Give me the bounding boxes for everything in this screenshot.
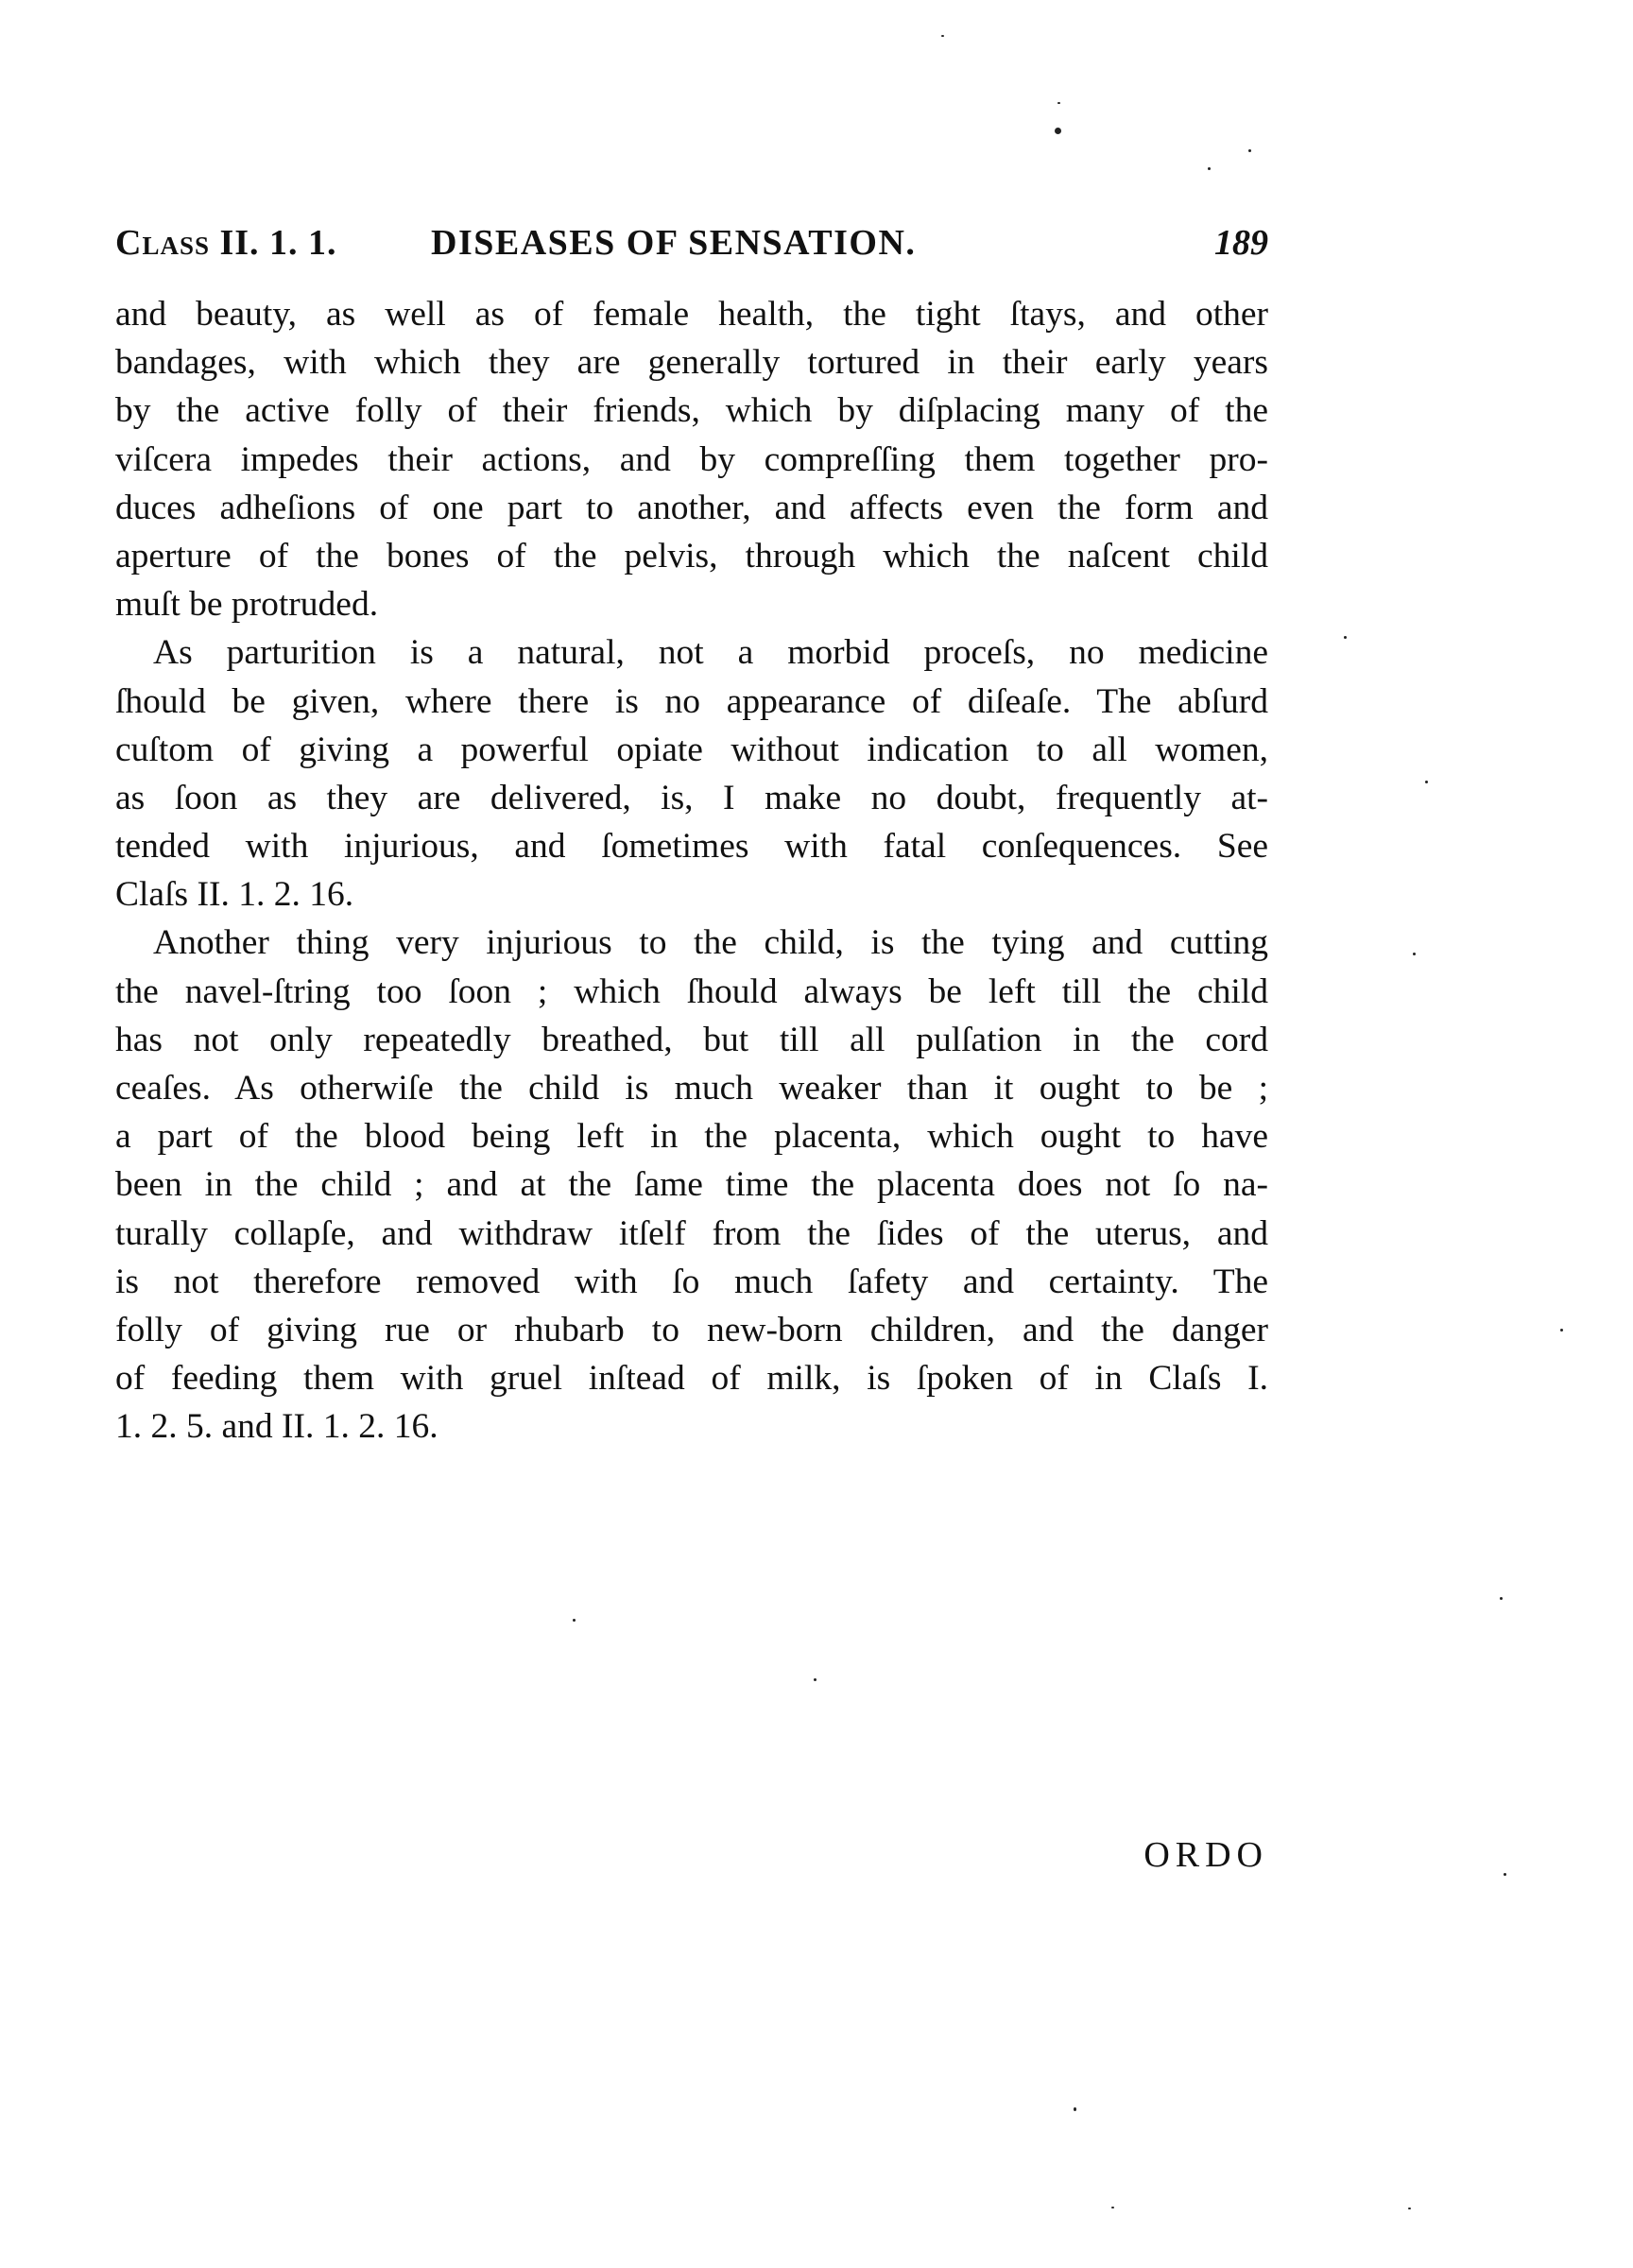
running-head-title: DISEASES OF SENSATION. [431, 219, 916, 266]
scan-speck [941, 35, 944, 37]
text-line: Another thing very injurious to the chil… [115, 919, 1268, 967]
page-number: 189 [1214, 219, 1268, 266]
running-head-class-reference: Class II. 1. 1. [115, 219, 337, 266]
text-line: ſhould be given, where there is no appea… [115, 678, 1268, 726]
text-line: duces adheſions of one part to another, … [115, 484, 1268, 532]
scan-speck [1208, 167, 1211, 170]
text-line: muſt be protruded. [115, 580, 1268, 628]
scan-speck [1055, 128, 1061, 134]
text-line: has not only repeatedly breathed, but ti… [115, 1016, 1268, 1064]
scan-speck [1504, 1873, 1506, 1876]
text-line: turally collapſe, and withdraw itſelf fr… [115, 1210, 1268, 1258]
scan-speck [1111, 2207, 1114, 2208]
text-line: bandages, with which they are generally … [115, 338, 1268, 387]
scan-speck [1413, 953, 1416, 955]
text-line: ceaſes. As otherwiſe the child is much w… [115, 1064, 1268, 1112]
text-line: aperture of the bones of the pelvis, thr… [115, 532, 1268, 580]
text-line: and beauty, as well as of female health,… [115, 290, 1268, 338]
text-line: of feeding them with gruel inſtead of mi… [115, 1354, 1268, 1402]
catchword: ORDO [1143, 1833, 1268, 1877]
text-line: is not therefore removed with ſo much ſa… [115, 1258, 1268, 1306]
text-line: 1. 2. 5. and II. 1. 2. 16. [115, 1402, 1268, 1451]
running-head: Class II. 1. 1. DISEASES OF SENSATION. 1… [115, 219, 1268, 266]
book-page: Class II. 1. 1. DISEASES OF SENSATION. 1… [0, 0, 1633, 2268]
scan-speck [573, 1619, 576, 1622]
text-line: a part of the blood being left in the pl… [115, 1112, 1268, 1160]
text-line: As parturition is a natural, not a morbi… [115, 628, 1268, 677]
text-line: been in the child ; and at the ſame time… [115, 1160, 1268, 1209]
paragraph-1: and beauty, as well as of female health,… [115, 290, 1268, 628]
scan-speck [1248, 149, 1251, 152]
text-line: by the active folly of their friends, wh… [115, 387, 1268, 435]
scan-speck [1344, 636, 1347, 639]
scan-speck [1500, 1597, 1503, 1600]
text-line: tended with injurious, and ſometimes wit… [115, 822, 1268, 870]
text-line: Claſs II. 1. 2. 16. [115, 870, 1268, 919]
body-text: and beauty, as well as of female health,… [115, 290, 1268, 1452]
scan-speck [1408, 2208, 1411, 2209]
text-line: the navel-ſtring too ſoon ; which ſhould… [115, 968, 1268, 1016]
scan-speck [814, 1678, 816, 1681]
paragraph-3: Another thing very injurious to the chil… [115, 919, 1268, 1451]
scan-speck [1560, 1329, 1563, 1332]
scan-speck [1074, 2107, 1076, 2111]
text-line: folly of giving rue or rhubarb to new-bo… [115, 1306, 1268, 1354]
scan-speck [1057, 102, 1060, 104]
paragraph-2: As parturition is a natural, not a morbi… [115, 628, 1268, 919]
text-line: cuſtom of giving a powerful opiate witho… [115, 726, 1268, 774]
text-line: viſcera impedes their actions, and by co… [115, 436, 1268, 484]
text-line: as ſoon as they are delivered, is, I mak… [115, 774, 1268, 822]
scan-speck [1425, 781, 1428, 783]
